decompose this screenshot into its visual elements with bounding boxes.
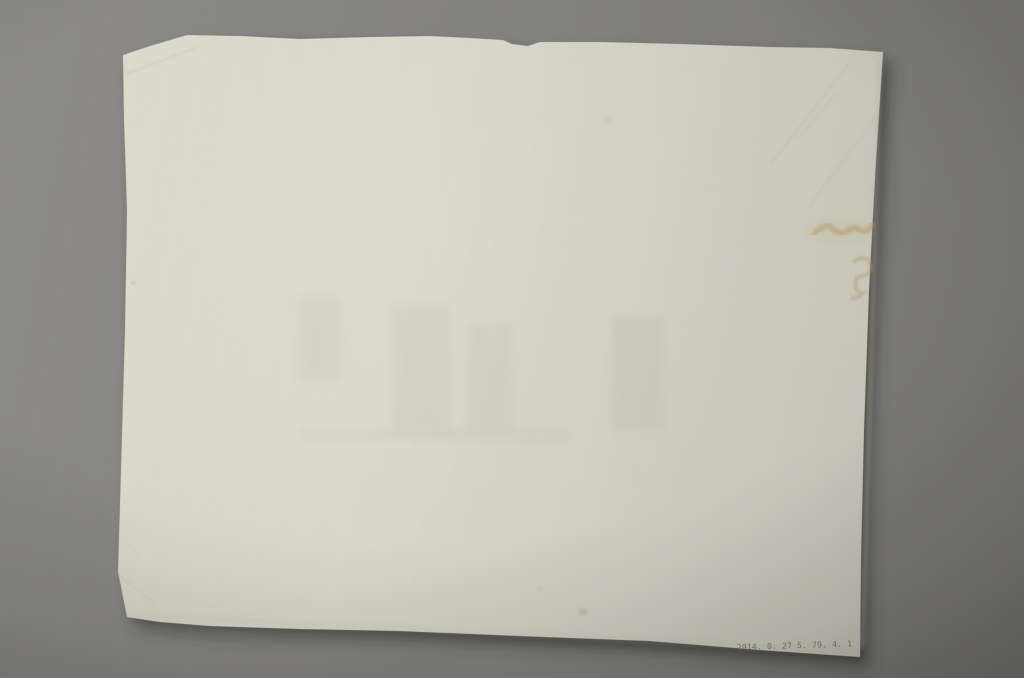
- photograph: 2014. 0. 27 5. 79. 4. 1: [0, 0, 1024, 678]
- film-grain-overlay: [0, 0, 1024, 678]
